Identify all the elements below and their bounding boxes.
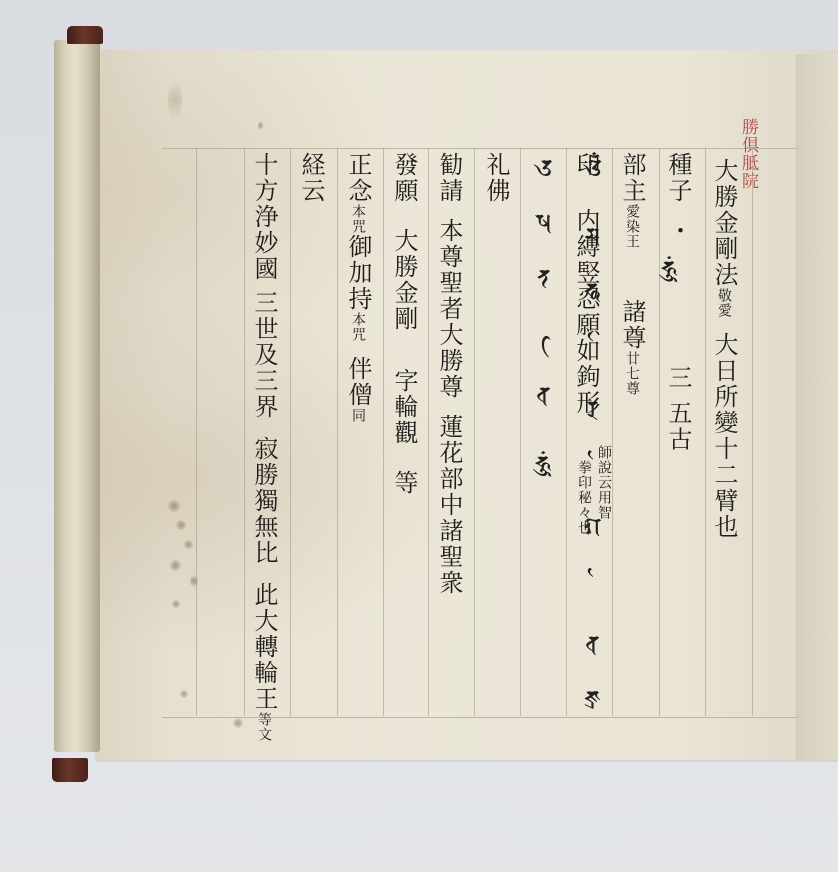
- paper-rolled-edge: [796, 54, 838, 760]
- column-rule: [659, 148, 660, 716]
- column-note: 同: [350, 408, 366, 423]
- column-text: 十方浄妙國: [250, 152, 278, 282]
- column-note: 本咒: [350, 204, 366, 234]
- column-note: 廿七尊: [624, 351, 640, 396]
- column-text: 蓮花部中諸聖衆: [435, 414, 463, 596]
- column-rule: [428, 148, 429, 716]
- foxing-stain: [168, 80, 182, 120]
- column-text: 此大轉輪王: [250, 582, 278, 712]
- text-column-7: 勧請本尊聖者大勝尊蓮花部中諸聖衆: [437, 152, 461, 596]
- roller-knob-bottom: [52, 758, 88, 782]
- text-column-8: 發願大勝金剛字輪觀等: [392, 152, 416, 496]
- column-note: 本咒: [350, 312, 366, 342]
- text-column-6: 礼佛: [484, 152, 508, 204]
- column-text: 寂勝獨無比: [250, 436, 278, 566]
- text-column-11: 十方浄妙國三世及三界寂勝獨無比此大轉輪王等文: [252, 152, 276, 742]
- text-column-10: 経云: [299, 152, 323, 204]
- column-rule: [520, 148, 521, 716]
- column-text: 大勝金剛: [390, 228, 418, 332]
- seed-syllable: ・ 𑖮𑖳𑖽: [664, 218, 692, 305]
- column-text: 三 五古: [664, 365, 692, 453]
- column-rule: [290, 148, 291, 716]
- column-note: 愛染王: [624, 204, 640, 249]
- column-text: 等: [390, 470, 418, 496]
- scroll-roller: [54, 40, 100, 752]
- column-text: 種子: [664, 152, 692, 204]
- column-note: 等文: [256, 712, 272, 742]
- column-rule: [705, 148, 706, 716]
- foxing-stain: [233, 718, 243, 728]
- scroll-photo: 勝倶胝院 大勝金剛法敬愛大日所變十二臂也 種子・ 𑖮𑖳𑖽三 五古 部主愛染王諸尊…: [0, 0, 838, 872]
- column-text: 大勝金剛法: [710, 158, 738, 288]
- column-text: 發願: [390, 152, 418, 204]
- column-text: 勧請: [435, 152, 463, 204]
- roller-knob-top: [67, 26, 103, 44]
- column-rule: [196, 148, 197, 716]
- column-text: 大日所變十二臂也: [710, 332, 738, 540]
- column-rule: [244, 148, 245, 716]
- column-text: 経云: [297, 152, 325, 204]
- column-text: 礼佛: [482, 152, 510, 204]
- red-annotation: 勝倶胝院: [736, 118, 761, 190]
- column-text: 字輪觀: [390, 368, 418, 446]
- column-rule: [383, 148, 384, 716]
- text-column-9: 正念本咒御加持本咒伴僧同: [346, 152, 370, 423]
- siddham-mantra-column: 𑖌𑖼 𑖦𑖮𑖯 𑖨𑖯 𑖐𑖯 𑖪𑖕𑖿𑖨 𑖄𑖬𑖝 𑖪𑖰 𑖮𑖳𑖽: [528, 152, 626, 872]
- column-rule: [474, 148, 475, 716]
- column-text: 本尊聖者大勝尊: [435, 218, 463, 400]
- column-rule: [752, 148, 753, 716]
- column-text: 御加持: [344, 234, 372, 312]
- column-text: 三世及三界: [250, 290, 278, 420]
- column-rule: [337, 148, 338, 716]
- text-column-1: 大勝金剛法敬愛大日所變十二臂也: [712, 158, 736, 540]
- column-note: 敬愛: [716, 288, 732, 318]
- foxing-stain: [258, 121, 263, 130]
- text-column-2: 種子・ 𑖮𑖳𑖽三 五古: [666, 152, 690, 452]
- column-text: 正念: [344, 152, 372, 204]
- column-text: 伴僧: [344, 356, 372, 408]
